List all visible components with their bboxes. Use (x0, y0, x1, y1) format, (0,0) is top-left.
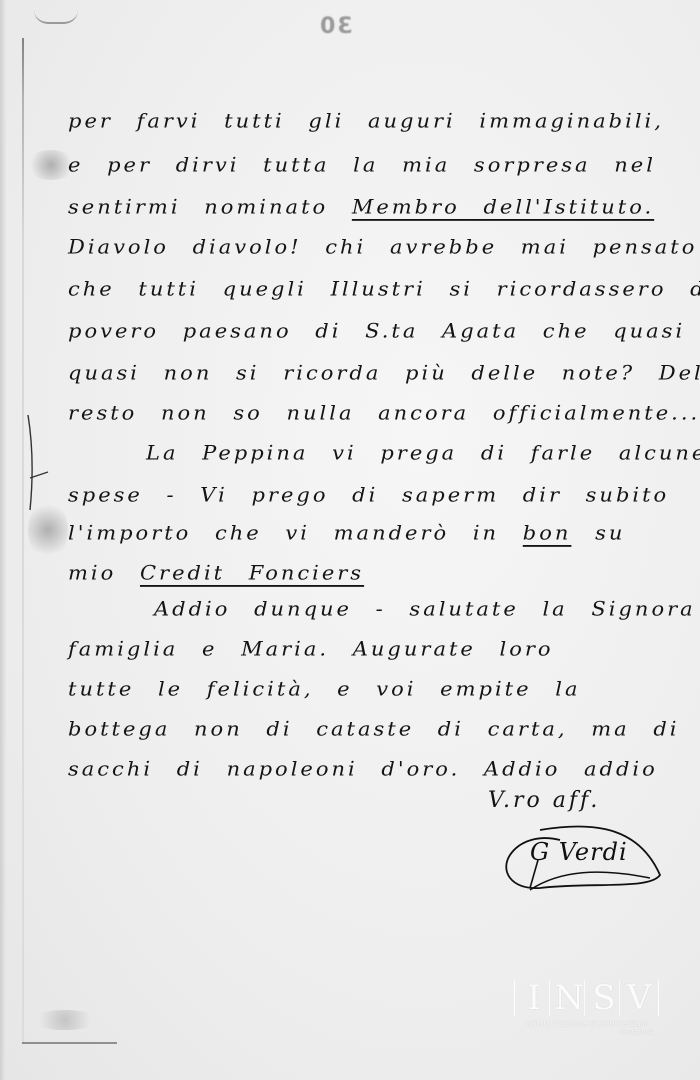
signature-name: G Verdi (530, 838, 628, 866)
letter-line: mio Credit Fonciers (68, 562, 364, 584)
paper-border-line (22, 38, 24, 1043)
letter-line: La Peppina vi prega di farle alcune (146, 442, 700, 464)
page-number: 30 (318, 14, 353, 39)
signature: G Verdi (500, 820, 665, 895)
letter-line: Addio dunque - salutate la Signora (154, 598, 696, 620)
underlined-word: bon (523, 522, 572, 544)
letter-line: che tutti quegli Illustri si ricordasser… (68, 278, 700, 300)
letter-closing: V.ro aff. (488, 788, 600, 813)
letter-line: povero paesano di S.ta Agata che quasi (68, 320, 685, 342)
letter-line: sentirmi nominato Membro dell'Istituto. (68, 196, 654, 218)
letter-text: mio (68, 562, 116, 584)
letter-line: quasi non si ricorda più delle note? Del (68, 362, 700, 384)
margin-pen-stroke (22, 410, 52, 520)
watermark-logo: I N S V (514, 980, 659, 1016)
watermark-letter: N (554, 980, 585, 1016)
letter-line: sacchi di napoleoni d'oro. Addio addio (68, 758, 658, 780)
corner-stamp-mark (34, 10, 78, 24)
paper-bottom-edge (22, 1042, 117, 1044)
watermark-letter: I (519, 980, 550, 1016)
watermark-subtitle-2: Fondazione (514, 1029, 659, 1037)
watermark-letter: S (589, 980, 620, 1016)
letter-text: su (595, 522, 625, 544)
scanned-letter-page: 30 per farvi tutti gli auguri immaginabi… (0, 0, 700, 1080)
letter-line: bottega non di cataste di carta, ma di (68, 718, 680, 740)
letter-text: l'importo che vi manderò in (68, 522, 499, 544)
letter-line: famiglia e Maria. Augurate loro (68, 638, 554, 660)
letter-line: e per dirvi tutta la mia sorpresa nel (68, 154, 656, 176)
underlined-phrase: Credit Fonciers (140, 562, 364, 584)
letter-text: sentirmi nominato (68, 196, 328, 218)
letter-line: Diavolo diavolo! chi avrebbe mai pensato (68, 236, 697, 258)
ink-smudge (30, 1010, 100, 1030)
underlined-phrase: Membro dell'Istituto. (352, 196, 654, 218)
letter-line: tutte le felicità, e voi empite la (68, 678, 580, 700)
letter-line: spese - Vi prego di saperm dir subito (68, 484, 669, 506)
watermark-subtitle: Istituto Nazionale di Studi Verdiani (514, 1020, 659, 1029)
letter-line: per farvi tutti gli auguri immaginabili, (68, 110, 664, 132)
letter-line: resto non so nulla ancora officialmente.… (68, 402, 700, 424)
letter-line: l'importo che vi manderò in bon su (68, 522, 625, 544)
paper-left-edge (0, 0, 6, 1080)
watermark-letter: V (624, 980, 654, 1016)
insv-watermark: I N S V Istituto Nazionale di Studi Verd… (514, 980, 659, 1042)
